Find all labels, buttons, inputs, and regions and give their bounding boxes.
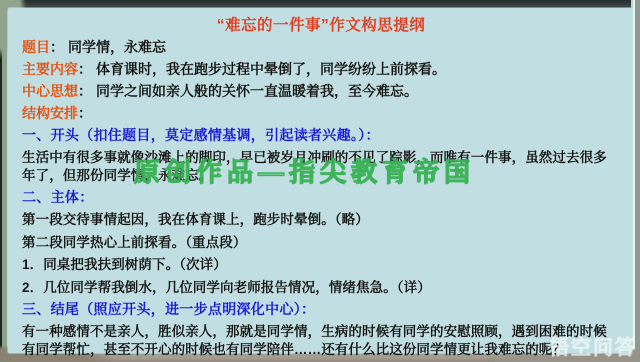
- field-value: 体育课时，我在跑步过程中晕倒了，同学纷纷上前探看。: [96, 61, 446, 77]
- list-item-1: 1．同桌把我扶到树荫下。（次详）: [22, 256, 620, 274]
- field-colon: ：: [78, 83, 92, 99]
- field-colon: ：: [50, 39, 64, 55]
- outline-document: “难忘的一件事”作文构思提纲 题目：同学情，永难忘 主要内容：体育课时，我在跑步…: [22, 17, 620, 347]
- section-heading-body: 二、主体：: [22, 189, 620, 206]
- content-panel: “难忘的一件事”作文构思提纲 题目：同学情，永难忘 主要内容：体育课时，我在跑步…: [8, 8, 632, 353]
- paragraph-body-1: 第一段交待事情起因，我在体育课上，跑步时晕倒。（略）: [22, 211, 620, 229]
- field-label: 主要内容: [22, 61, 78, 77]
- page-title: “难忘的一件事”作文构思提纲: [22, 17, 620, 35]
- list-item-2: 2．几位同学帮我倒水，几位同学向老师报告情况，情绪焦急。（详）: [22, 279, 620, 297]
- field-row-central-idea: 中心思想：同学之间如亲人般的关怀一直温暖着我，至今难忘。: [22, 83, 620, 100]
- field-label: 题目: [22, 39, 50, 55]
- paragraph-ending: 有一种感情不是亲人，胜似亲人，那就是同学情，生病的时候有同学的安慰照顾，遇到困难…: [22, 323, 620, 358]
- field-row-main-content: 主要内容：体育课时，我在跑步过程中晕倒了，同学纷纷上前探看。: [22, 61, 620, 78]
- field-value: 同学情，永难忘: [68, 39, 166, 55]
- field-label: 中心思想: [22, 83, 78, 99]
- field-row-structure: 结构安排：: [22, 105, 620, 122]
- field-label: 结构安排: [22, 105, 78, 121]
- paragraph-body-2: 第二段同学热心上前探看。（重点段）: [22, 234, 620, 252]
- section-heading-ending: 三、结尾（照应开头，进一步点明深化中心）：: [22, 301, 620, 318]
- page-frame: “难忘的一件事”作文构思提纲 题目：同学情，永难忘 主要内容：体育课时，我在跑步…: [0, 0, 640, 362]
- section-heading-opening: 一、开头（扣住题目，莫定感情基调，引起读者兴趣。）：: [22, 127, 620, 144]
- paragraph-opening: 生活中有很多事就像沙滩上的脚印，早已被岁月冲刷的不见了踪影，而唯有一件事，虽然过…: [22, 149, 620, 184]
- field-row-topic: 题目：同学情，永难忘: [22, 39, 620, 56]
- field-value: 同学之间如亲人般的关怀一直温暖着我，至今难忘。: [96, 83, 418, 99]
- field-colon: ：: [78, 105, 92, 121]
- field-colon: ：: [78, 61, 92, 77]
- photo-edge-right: [631, 0, 640, 362]
